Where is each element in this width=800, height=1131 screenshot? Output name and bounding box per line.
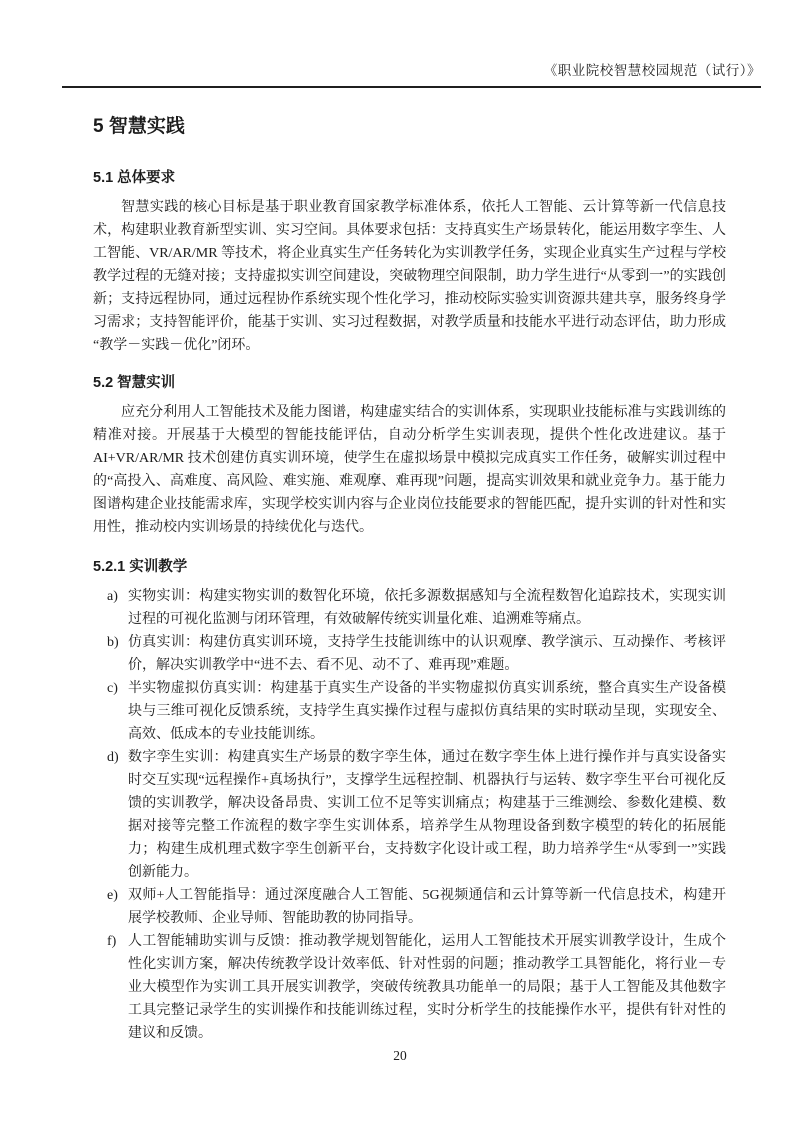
section-5-1-paragraph: 智慧实践的核心目标是基于职业教育国家教学标准体系，依托人工智能、云计算等新一代信… (93, 196, 726, 357)
page-footer: 20 (0, 1048, 800, 1064)
subsection-heading-5-2-1: 5.2.1 实训教学 (93, 557, 726, 577)
section-heading-5-2: 5.2 智慧实训 (93, 373, 726, 393)
page-header: 《职业院校智慧校园规范（试行）》 (62, 62, 761, 88)
document-page: 《职业院校智慧校园规范（试行）》 5 智慧实践 5.1 总体要求 智慧实践的核心… (0, 0, 800, 1131)
section-5-2-paragraph: 应充分利用人工智能技术及能力图谱，构建虚实结合的实训体系，实现职业技能标准与实践… (93, 401, 726, 539)
list-item-a-text: 实物实训：构建实物实训的数智化环境，依托多源数据感知与全流程数智化追踪技术，实现… (128, 589, 726, 627)
list-item-f-text: 人工智能辅助实训与反馈：推动教学规划智能化，运用人工智能技术开展实训教学设计，生… (128, 934, 726, 1041)
list-item-a: a) 实物实训：构建实物实训的数智化环境，依托多源数据感知与全流程数智化追踪技术… (93, 585, 726, 631)
list-item-e-text: 双师+人工智能指导：通过深度融合人工智能、5G视频通信和云计算等新一代信息技术，… (128, 888, 726, 926)
list-item-e: e) 双师+人工智能指导：通过深度融合人工智能、5G视频通信和云计算等新一代信息… (93, 884, 726, 930)
section-heading-5-1: 5.1 总体要求 (93, 168, 726, 188)
page-number: 20 (393, 1048, 407, 1063)
list-item-b-text: 仿真实训：构建仿真实训环境，支持学生技能训练中的认识观摩、教学演示、互动操作、考… (128, 635, 726, 673)
list-item-d-marker: d) (107, 746, 119, 769)
list-item-d-text: 数字孪生实训：构建真实生产场景的数字孪生体，通过在数字孪生体上进行操作并与真实设… (128, 750, 726, 880)
list-item-c-marker: c) (107, 677, 118, 700)
page-content: 5 智慧实践 5.1 总体要求 智慧实践的核心目标是基于职业教育国家教学标准体系… (93, 110, 726, 1045)
header-doc-title: 《职业院校智慧校园规范（试行）》 (544, 63, 761, 78)
list-item-c-text: 半实物虚拟仿真实训：构建基于真实生产设备的半实物虚拟仿真实训系统，整合真实生产设… (128, 681, 726, 742)
chapter-heading: 5 智慧实践 (93, 114, 726, 140)
training-list: a) 实物实训：构建实物实训的数智化环境，依托多源数据感知与全流程数智化追踪技术… (93, 585, 726, 1045)
list-item-f-marker: f) (107, 930, 116, 953)
list-item-a-marker: a) (107, 585, 118, 608)
list-item-d: d) 数字孪生实训：构建真实生产场景的数字孪生体，通过在数字孪生体上进行操作并与… (93, 746, 726, 884)
list-item-b: b) 仿真实训：构建仿真实训环境，支持学生技能训练中的认识观摩、教学演示、互动操… (93, 631, 726, 677)
list-item-c: c) 半实物虚拟仿真实训：构建基于真实生产设备的半实物虚拟仿真实训系统，整合真实… (93, 677, 726, 746)
list-item-e-marker: e) (107, 884, 118, 907)
list-item-f: f) 人工智能辅助实训与反馈：推动教学规划智能化，运用人工智能技术开展实训教学设… (93, 930, 726, 1045)
list-item-b-marker: b) (107, 631, 119, 654)
